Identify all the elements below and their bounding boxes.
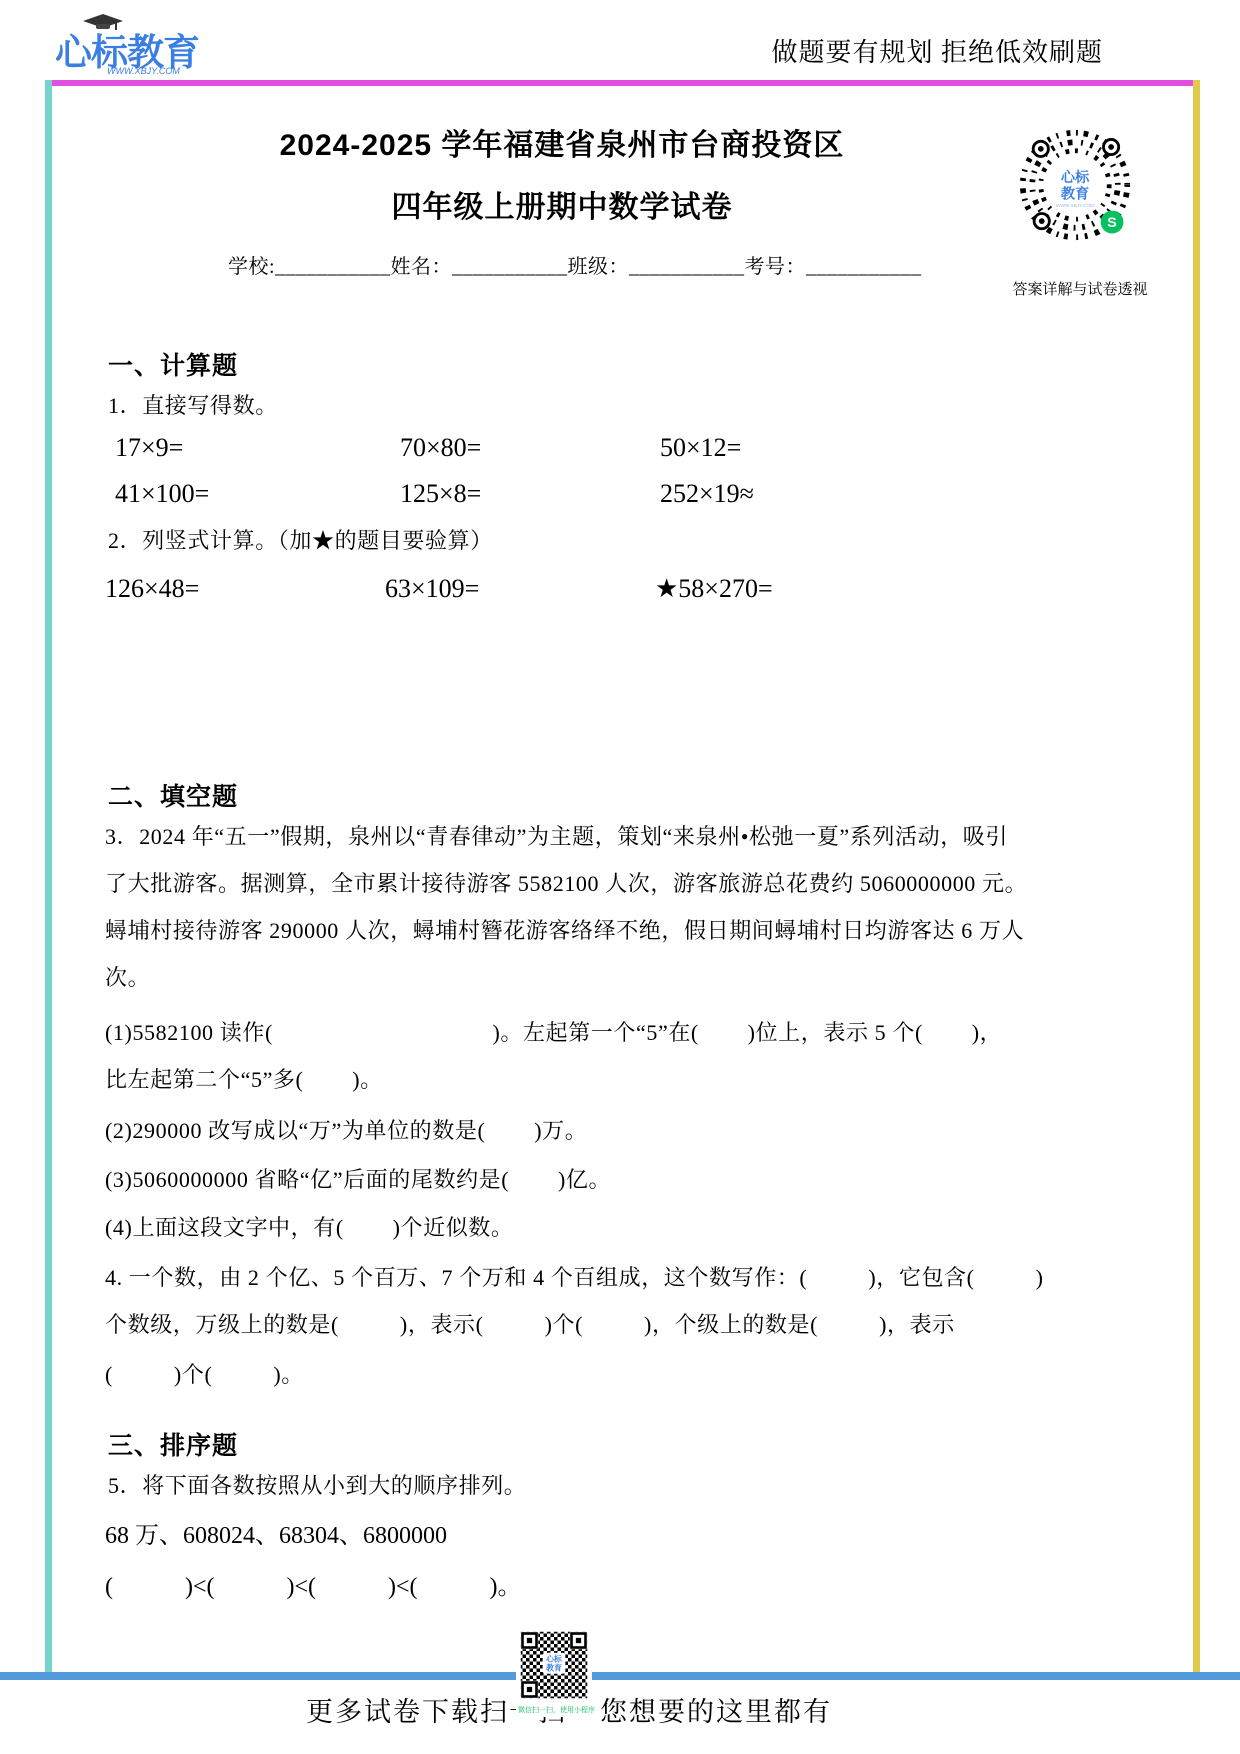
svg-text:教育: 教育 — [545, 1662, 562, 1672]
top-divider-line — [45, 80, 1200, 86]
q5-label: 5．将下面各数按照从小到大的顺序排列。 — [108, 1469, 1158, 1500]
q3-sub4-line: (4)上面这段文字中，有( )个近似数。 — [105, 1211, 1155, 1242]
q3-sub1-line: (1)5582100 读作( )。左起第一个“5”在( )位上，表示 5 个( … — [105, 1016, 1155, 1047]
q3-sub2-line: (2)290000 改写成以“万”为单位的数是( )万。 — [105, 1114, 1155, 1145]
svg-text:S: S — [1107, 215, 1117, 231]
exam-title-line2: 四年级上册期中数学试卷 — [52, 182, 1072, 226]
q4-text-line: 4. 一个数，由 2 个亿、5 个百万、7 个万和 4 个百组成，这个数写作：(… — [105, 1261, 1155, 1292]
q1-expression: 17×9= — [115, 433, 183, 463]
answer-qr-caption: 答案详解与试卷透视 — [990, 278, 1170, 299]
q5-numbers: 68 万、608024、68304、6800000 — [105, 1515, 447, 1550]
brand-logo-url: WWW.XBJY.COM — [107, 66, 180, 76]
q1-expression: 70×80= — [400, 433, 481, 463]
q2-expression: ★58×270= — [655, 574, 773, 604]
content-border-left — [45, 80, 52, 1674]
footer-right-text: 您想要的这里都有 — [600, 1690, 832, 1729]
footer-divider-line — [0, 1672, 1240, 1680]
q5-answer-blanks: ( )<( )<( )<( )。 — [105, 1566, 522, 1601]
footer-qr-icon: 心标 教育 — [519, 1630, 589, 1700]
q3-text-line: 次。 — [105, 961, 1155, 992]
graduation-cap-icon — [83, 14, 123, 32]
answer-qr-code: 心标 教育 WWW.XBJY.COM S — [1018, 128, 1132, 242]
section-heading-sort: 三、排序题 — [108, 1426, 238, 1462]
q1-expression: 41×100= — [115, 479, 209, 509]
section-heading-fill: 二、填空题 — [108, 777, 238, 813]
exam-title-line1: 2024-2025 学年福建省泉州市台商投资区 — [52, 120, 1072, 164]
student-info-line: 学校:___________姓名：___________班级：_________… — [228, 250, 922, 279]
footer-qr-code: 心标 教育 微信扫一扫，使用小程序 — [516, 1628, 592, 1717]
q3-sub1-line: 比左起第二个“5”多( )。 — [105, 1063, 1155, 1094]
q4-text-line: ( )个( )。 — [105, 1358, 1155, 1389]
q2-label: 2．列竖式计算。（加★的题目要验算） — [108, 524, 1158, 555]
q3-text-line: 3．2024 年“五一”假期，泉州以“青春律动”为主题，策划“来泉州•松弛一夏”… — [105, 820, 1155, 851]
q1-expression: 50×12= — [660, 433, 741, 463]
brand-logo: 心标教育 WWW.XBJY.COM — [55, 20, 225, 78]
q1-expression: 252×19≈ — [660, 479, 754, 509]
mini-program-qr-icon: 心标 教育 WWW.XBJY.COM S — [1018, 128, 1132, 242]
q4-text-line: 个数级，万级上的数是( )，表示( )个( )，个级上的数是( )，表示 — [105, 1308, 1155, 1339]
content-border-right — [1193, 80, 1200, 1674]
q2-expression: 63×109= — [385, 574, 479, 604]
q3-sub3-line: (3)5060000000 省略“亿”后面的尾数约是( )亿。 — [105, 1163, 1155, 1194]
svg-text:心标: 心标 — [1061, 168, 1090, 186]
q3-text-line: 了大批游客。据测算，全市累计接待游客 5582100 人次，游客旅游总花费约 5… — [105, 867, 1155, 898]
q1-label: 1．直接写得数。 — [108, 389, 1158, 420]
exam-paper-page: 心标教育 WWW.XBJY.COM 做题要有规划 拒绝低效刷题 2024-202… — [0, 0, 1240, 1754]
header-slogan: 做题要有规划 拒绝低效刷题 — [771, 32, 1103, 69]
svg-text:教育: 教育 — [1061, 184, 1090, 202]
q1-expression: 125×8= — [400, 479, 481, 509]
svg-text:心标: 心标 — [546, 1654, 563, 1664]
q2-expression: 126×48= — [105, 574, 199, 604]
footer-qr-caption: 微信扫一扫，使用小程序 — [518, 1705, 590, 1715]
q3-text-line: 蟳埔村接待游客 290000 人次，蟳埔村簪花游客络绎不绝，假日期间蟳埔村日均游… — [105, 914, 1155, 945]
svg-text:WWW.XBJY.COM: WWW.XBJY.COM — [1056, 203, 1094, 209]
section-heading-calc: 一、计算题 — [108, 346, 238, 382]
